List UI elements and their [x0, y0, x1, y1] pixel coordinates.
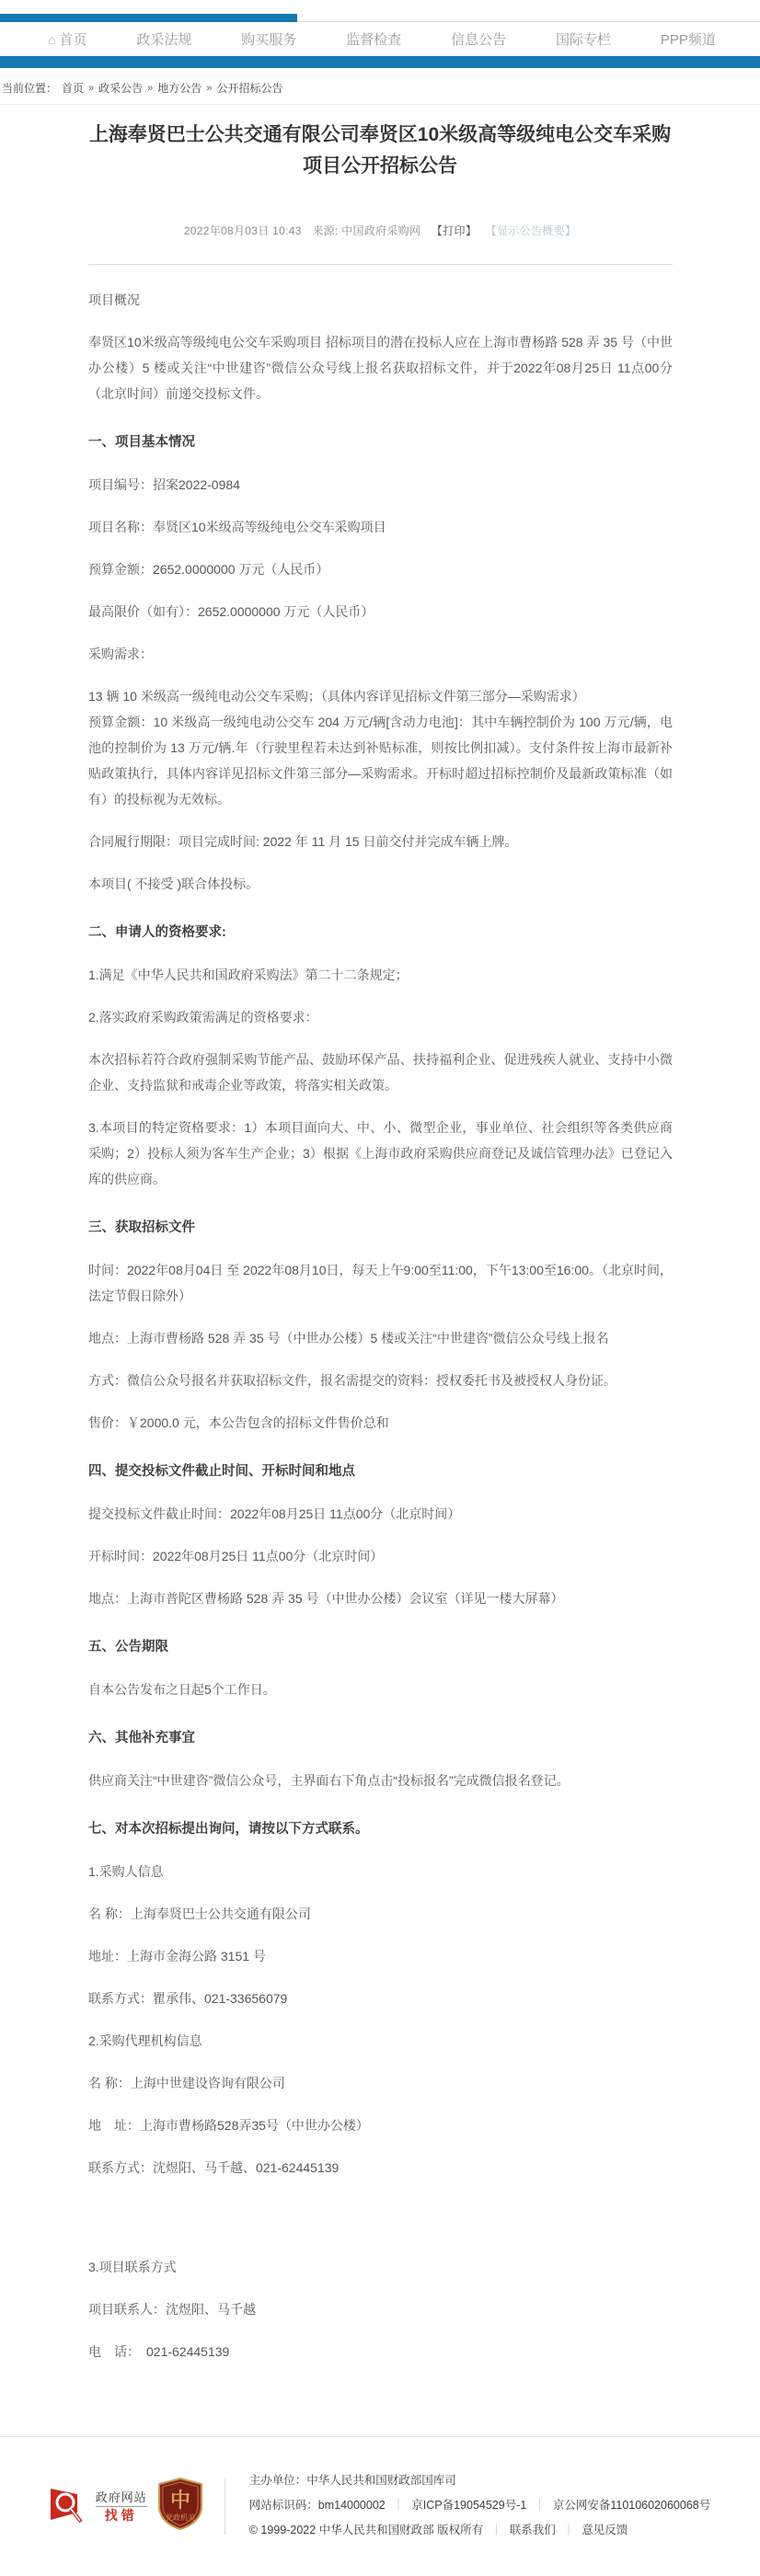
magnifier-flag-icon — [50, 2485, 90, 2527]
article-paragraph: 售价：￥2000.0 元，本公告包含的招标文件售价总和 — [88, 1410, 673, 1436]
party-gov-shield-badge[interactable]: 中 党政机关 — [156, 2477, 204, 2535]
article-paragraph: 方式：微信公众号报名并获取招标文件，报名需提交的资料：授权委托书及被授权人身份证… — [88, 1368, 673, 1393]
breadcrumb-link-0[interactable]: 首页 — [62, 80, 84, 96]
breadcrumb: 当前位置： 首页»政采公告»地方公告»公开招标公告 — [0, 68, 760, 105]
nav-item-label: 首页 — [59, 29, 86, 49]
article-paragraph: 地址：上海市金海公路 3151 号 — [88, 1943, 673, 1969]
shield-icon: 中 党政机关 — [156, 2477, 204, 2530]
article-paragraph: 本次招标若符合政府强制采购节能产品、鼓励环保产品、扶持福利企业、促进残疾人就业、… — [88, 1047, 673, 1098]
article-paragraph: 最高限价（如有）：2652.0000000 万元（人民币） — [88, 599, 673, 624]
section-heading: 二、申请人的资格要求: — [88, 920, 673, 945]
article-paragraph: 合同履行期限：项目完成时间: 2022 年 11 月 15 日前交付并完成车辆上… — [88, 829, 673, 854]
nav-item-purchase-services[interactable]: 购买服务 — [241, 29, 296, 49]
contact-us-link[interactable]: 联系我们 — [510, 2524, 556, 2536]
breadcrumb-prefix: 当前位置： — [2, 80, 57, 96]
article-paragraph: 地点：上海市曹杨路 528 弄 35 号（中世办公楼）5 楼或关注“中世建咨”微… — [88, 1325, 673, 1351]
footer-host: 主办单位：中华人民共和国财政部国库司 — [249, 2468, 711, 2493]
footer-divider — [225, 2478, 225, 2535]
footer-registration: 网站标识码：bm14000002｜京ICP备19054529号-1｜京公网安备1… — [249, 2493, 711, 2518]
footer-text: 主办单位：中华人民共和国财政部国库司 网站标识码：bm14000002｜京ICP… — [249, 2468, 711, 2543]
article-paragraph: 联系方式：沈煜阳、马千越、021-62445139 — [88, 2155, 673, 2181]
nav-item-policy[interactable]: 政采法规 — [136, 29, 191, 49]
footer-copyright-row: © 1999-2022 中华人民共和国财政部 版权所有｜联系我们｜意见反馈 — [249, 2518, 711, 2543]
article-paragraph: 时间：2022年08月04日 至 2022年08月10日，每天上午9:00至11… — [88, 1257, 673, 1309]
copyright-text: © 1999-2022 中华人民共和国财政部 版权所有 — [249, 2524, 483, 2536]
article-paragraph: 项目名称：奉贤区10米级高等级纯电公交车采购项目 — [88, 514, 673, 540]
article-paragraph: 名 称：上海中世建设咨询有限公司 — [88, 2070, 673, 2096]
article-paragraph: 采购需求： — [88, 641, 673, 667]
article-paragraph: 1.满足《中华人民共和国政府采购法》第二十二条规定； — [88, 962, 673, 988]
section-heading: 三、获取招标文件 — [88, 1215, 673, 1241]
announcement-body: 项目概况奉贤区10米级高等级纯电公交车采购项目 招标项目的潜在投标人应在上海市曹… — [88, 264, 673, 2412]
article-paragraph: 联系方式：瞿承伟、021-33656079 — [88, 1986, 673, 2011]
section-heading: 一、项目基本情况 — [88, 429, 673, 455]
breadcrumb-separator: » — [147, 83, 153, 94]
shield-label: 党政机关 — [166, 2513, 195, 2522]
article-paragraph: 项目联系人：沈煜阳、马千越 — [88, 2296, 673, 2322]
footer-badges: 政府网站 找错 中 党政机关 — [50, 2477, 225, 2535]
breadcrumb-link-2[interactable]: 地方公告 — [157, 80, 202, 96]
page-footer: 政府网站 找错 中 党政机关 主办单位：中华人民共和国财政部国库司 网站标识码：… — [0, 2436, 760, 2576]
article-paragraph: 名 称：上海奉贤巴士公共交通有限公司 — [88, 1901, 673, 1927]
article-paragraph: 本项目( 不接受 )联合体投标。 — [88, 871, 673, 897]
article-paragraph: 电 话： 021-62445139 — [88, 2339, 673, 2364]
nav-item-announcements[interactable]: 信息公告 — [451, 29, 506, 49]
feedback-link[interactable]: 意见反馈 — [582, 2524, 628, 2536]
article-paragraph: 预算金额：2652.0000000 万元（人民币） — [88, 556, 673, 582]
nav-item-ppp-channel[interactable]: PPP频道 — [661, 29, 716, 49]
article-paragraph: 项目概况 — [88, 287, 673, 313]
nav-item-label: 监督检查 — [346, 29, 401, 49]
article-paragraph: 地 址：上海市曹杨路528弄35号（中世办公楼） — [88, 2112, 673, 2138]
error-badge-line2: 找错 — [105, 2508, 138, 2523]
breadcrumb-link-1[interactable]: 政采公告 — [98, 80, 143, 96]
article-paragraph: 1.采购人信息 — [88, 1859, 673, 1884]
article-paragraph: 奉贤区10米级高等级纯电公交车采购项目 招标项目的潜在投标人应在上海市曹杨路 5… — [88, 329, 673, 406]
article-paragraph: 13 辆 10 米级高一级纯电动公交车采购；（具体内容详见招标文件第三部分—采购… — [88, 683, 673, 812]
section-heading: 四、提交投标文件截止时间、开标时间和地点 — [88, 1459, 673, 1484]
nav-item-supervision[interactable]: 监督检查 — [346, 29, 401, 49]
section-heading: 七、对本次招标提出询问，请按以下方式联系。 — [88, 1816, 673, 1842]
article-paragraph: 自本公告发布之日起5个工作日。 — [88, 1677, 673, 1702]
nav-item-label: 购买服务 — [241, 29, 296, 49]
article-paragraph: 3.项目联系方式 — [88, 2254, 673, 2280]
gov-site-error-badge[interactable]: 政府网站 找错 — [50, 2485, 147, 2527]
top-nav: ⌂首页政采法规购买服务监督检查信息公告国际专栏PPP频道 — [0, 22, 760, 56]
header-accent-bar — [0, 14, 297, 22]
nav-bottom-bar — [0, 56, 760, 68]
icp-number[interactable]: 京ICP备19054529号-1 — [411, 2499, 526, 2512]
home-icon: ⌂ — [48, 33, 55, 46]
nav-item-label: 政采法规 — [136, 29, 191, 49]
site-header-top — [0, 0, 760, 22]
nav-item-label: PPP频道 — [661, 29, 716, 49]
breadcrumb-separator: » — [206, 83, 212, 94]
article-paragraph: 提交投标文件截止时间：2022年08月25日 11点00分（北京时间） — [88, 1501, 673, 1527]
page-title: 上海奉贤巴士公共交通有限公司奉贤区10米级高等级纯电公交车采购项目公开招标公告 — [82, 120, 678, 182]
article-paragraph: 地点：上海市普陀区曹杨路 528 弄 35 号（中世办公楼）会议室（详见一楼大屏… — [88, 1586, 673, 1611]
print-button[interactable]: 【打印】 — [432, 224, 477, 237]
breadcrumb-link-3[interactable]: 公开招标公告 — [216, 80, 282, 96]
site-code: 网站标识码：bm14000002 — [249, 2499, 386, 2512]
article-paragraph: 2.落实政府采购政策需满足的资格要求： — [88, 1004, 673, 1030]
nav-item-label: 信息公告 — [451, 29, 506, 49]
breadcrumb-separator: » — [88, 83, 94, 94]
nav-item-label: 国际专栏 — [556, 29, 611, 49]
nav-item-home[interactable]: ⌂首页 — [48, 29, 86, 49]
section-heading: 五、公告期限 — [88, 1634, 673, 1660]
show-summary-button[interactable]: 【显示公告概要】 — [486, 224, 576, 237]
section-heading: 六、其他补充事宜 — [88, 1725, 673, 1751]
svg-text:中: 中 — [170, 2489, 190, 2512]
nav-item-international[interactable]: 国际专栏 — [556, 29, 611, 49]
police-number[interactable]: 京公网安备11010602060068号 — [553, 2499, 710, 2512]
article-paragraph: 2.采购代理机构信息 — [88, 2028, 673, 2054]
source-label: 来源: 中国政府采购网 — [312, 224, 420, 237]
article-paragraph: 3.本项目的特定资格要求：1）本项目面向大、中、小、微型企业，事业单位、社会组织… — [88, 1115, 673, 1192]
article-meta: 2022年08月03日 10:43 来源: 中国政府采购网 【打印】 【显示公告… — [0, 223, 760, 238]
article-paragraph: 项目编号：招案2022-0984 — [88, 472, 673, 498]
article-paragraph: 供应商关注“中世建咨”微信公众号，主界面右下角点击“投标报名”完成微信报名登记。 — [88, 1768, 673, 1793]
blank-spacer — [88, 2197, 673, 2238]
publish-datetime: 2022年08月03日 10:43 — [184, 224, 302, 237]
article-paragraph: 开标时间：2022年08月25日 11点00分（北京时间） — [88, 1543, 673, 1569]
error-badge-line1: 政府网站 — [96, 2490, 147, 2507]
